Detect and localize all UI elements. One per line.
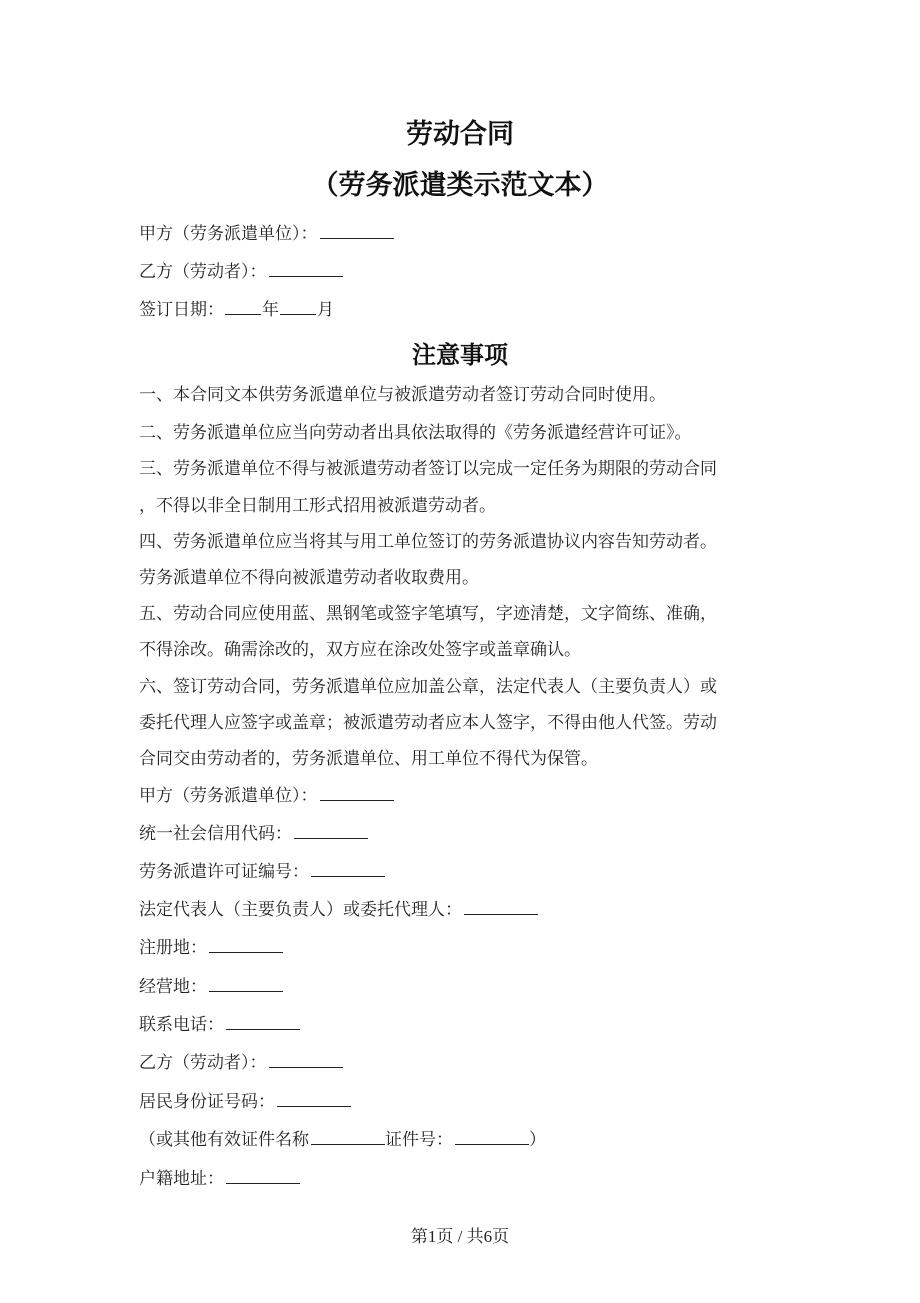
fill-blank[interactable]: [226, 1013, 300, 1030]
fill-blank[interactable]: [320, 784, 394, 801]
notes-heading: 注意事项: [0, 335, 920, 370]
id-number-field: 居民身份证号码：: [139, 1090, 351, 1114]
field-label: 户籍地址：: [139, 1169, 224, 1189]
note-line: 委托代理人应签字或盖章；被派遣劳动者应本人签字，不得由他人代签。劳动: [139, 711, 717, 735]
year-blank[interactable]: [225, 298, 261, 315]
field-label: ）: [529, 1130, 546, 1150]
fill-blank[interactable]: [209, 936, 283, 953]
document-page: 劳动合同 （劳务派遣类示范文本） 甲方（劳务派遣单位）： 乙方（劳动者）： 签订…: [0, 0, 920, 1303]
month-blank[interactable]: [280, 298, 316, 315]
field-label: 经营地：: [139, 977, 207, 997]
note-line: 合同交由劳动者的，劳务派遣单位、用工单位不得代为保管。: [139, 747, 598, 771]
fill-blank[interactable]: [269, 1051, 343, 1068]
document-subtitle: （劳务派遣类示范文本）: [0, 163, 920, 202]
fill-blank[interactable]: [464, 898, 538, 915]
legal-representative-field: 法定代表人（主要负责人）或委托代理人：: [139, 898, 538, 922]
note-line: 不得涂改。确需涂改的，双方应在涂改处签字或盖章确认。: [139, 638, 581, 662]
note-line: 五、劳动合同应使用蓝、黑钢笔或签字笔填写，字迹清楚，文字简练、准确，: [139, 602, 717, 626]
field-label: 居民身份证号码：: [139, 1092, 275, 1112]
field-label: （或其他有效证件名称: [139, 1130, 309, 1150]
id-name-blank[interactable]: [311, 1128, 385, 1145]
fill-blank[interactable]: [226, 1167, 300, 1184]
note-line: 劳务派遣单位不得向被派遣劳动者收取费用。: [139, 566, 479, 590]
note-line: 四、劳务派遣单位应当将其与用工单位签订的劳务派遣协议内容告知劳动者。: [139, 530, 717, 554]
note-line: 一、本合同文本供劳务派遣单位与被派遣劳动者签订劳动合同时使用。: [139, 383, 666, 407]
note-line: 二、劳务派遣单位应当向劳动者出具依法取得的《劳务派遣经营许可证》。: [139, 421, 692, 445]
field-label: 甲方（劳务派遣单位）：: [139, 786, 318, 806]
field-label: 联系电话：: [139, 1015, 224, 1035]
license-number-field: 劳务派遣许可证编号：: [139, 860, 385, 884]
phone-field: 联系电话：: [139, 1013, 300, 1037]
fill-blank[interactable]: [209, 975, 283, 992]
field-label: 统一社会信用代码：: [139, 824, 292, 844]
field-label: 注册地：: [139, 938, 207, 958]
fill-blank[interactable]: [277, 1090, 351, 1107]
other-id-field: （或其他有效证件名称证件号：）: [139, 1128, 546, 1152]
registered-address-field: 注册地：: [139, 936, 283, 960]
field-label: 劳务派遣许可证编号：: [139, 862, 309, 882]
party-a-field: 甲方（劳务派遣单位）：: [139, 784, 394, 808]
party-a-header-field: 甲方（劳务派遣单位）：: [139, 222, 394, 246]
field-label: 乙方（劳动者）：: [139, 262, 267, 282]
sign-date-field: 签订日期：年月: [139, 298, 334, 322]
page-footer: 第1页 / 共6页: [0, 1222, 920, 1247]
fill-blank[interactable]: [269, 260, 343, 277]
note-line: 三、劳务派遣单位不得与被派遣劳动者签订以完成一定任务为期限的劳动合同: [139, 457, 717, 481]
party-b-header-field: 乙方（劳动者）：: [139, 260, 343, 284]
party-b-field: 乙方（劳动者）：: [139, 1051, 343, 1075]
fill-blank[interactable]: [294, 822, 368, 839]
field-label: 证件号：: [385, 1130, 453, 1150]
business-address-field: 经营地：: [139, 975, 283, 999]
year-label: 年: [262, 300, 279, 320]
fill-blank[interactable]: [311, 860, 385, 877]
fill-blank[interactable]: [320, 222, 394, 239]
household-address-field: 户籍地址：: [139, 1167, 300, 1191]
field-label: 乙方（劳动者）：: [139, 1053, 267, 1073]
field-label: 签订日期：: [139, 300, 224, 320]
field-label: 甲方（劳务派遣单位）：: [139, 224, 318, 244]
credit-code-field: 统一社会信用代码：: [139, 822, 368, 846]
month-label: 月: [317, 300, 334, 320]
document-title: 劳动合同: [0, 112, 920, 151]
id-number-blank[interactable]: [455, 1128, 529, 1145]
note-line: 六、签订劳动合同，劳务派遣单位应加盖公章，法定代表人（主要负责人）或: [139, 675, 717, 699]
note-line: ，不得以非全日制用工形式招用被派遣劳动者。: [139, 494, 496, 518]
field-label: 法定代表人（主要负责人）或委托代理人：: [139, 900, 462, 920]
